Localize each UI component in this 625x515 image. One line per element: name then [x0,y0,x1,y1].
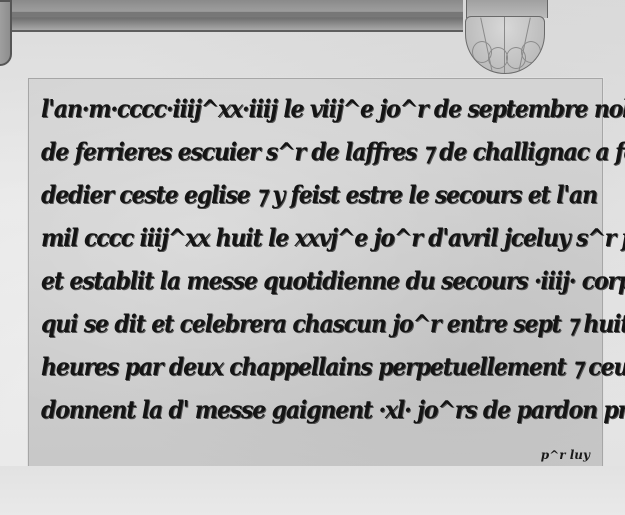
shell-lobe [521,41,541,63]
inscription-signature: p^r luy [541,448,590,462]
inscription-line-5: et establit la messe quotidienne du seco… [41,259,547,302]
inscription-line-4: mil cccc iiij^xx huit le xxvj^e jo^r d'a… [41,216,547,259]
inscription-line-6: qui se dit et celebrera chascun jo^r ent… [41,302,547,345]
lower-wall [0,466,625,515]
cornice-molding [8,0,463,32]
left-corbel-ornament [0,0,12,66]
inscription-tablet: l'an·m·cccc·iiij^xx·iiij le viij^e jo^r … [28,78,603,467]
shell-carving [465,16,545,74]
inscription-line-8: donnent la d' messe gaignent ·xl· jo^rs … [41,388,547,431]
inscription-line-2: de ferrieres escuier s^r de laffres ⁊ de… [41,130,547,173]
shell-corbel-ornament [463,0,555,74]
inscription-line-1: l'an·m·cccc·iiij^xx·iiij le viij^e jo^r … [41,87,547,130]
cornice-groove [8,12,463,16]
inscription-line-3: dedier ceste eglise ⁊ y feist estre le s… [41,173,547,216]
inscription-text: l'an·m·cccc·iiij^xx·iiij le viij^e jo^r … [41,87,591,431]
inscription-line-7: heures par deux chappellains perpetuelle… [41,345,547,388]
shell-lobe [488,47,508,69]
